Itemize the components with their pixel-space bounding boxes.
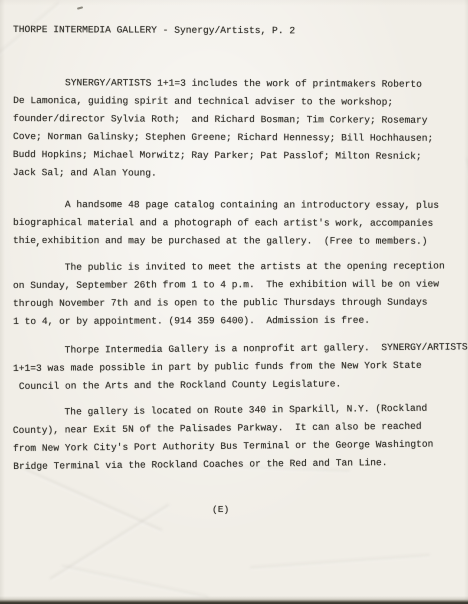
scanner-bed-edge xyxy=(0,596,468,604)
paper-crease xyxy=(250,554,430,571)
end-of-release-mark: (E) xyxy=(212,501,229,519)
paragraph-catalog: A handsome 48 page catalog containing an… xyxy=(13,196,439,251)
page-header: THORPE INTERMEDIA GALLERY - Synergy/Arti… xyxy=(13,21,295,40)
paper-crease xyxy=(464,158,468,247)
paper-crease xyxy=(61,564,209,599)
paper-crease xyxy=(49,503,170,581)
paragraph-directions: The gallery is located on Route 340 in S… xyxy=(13,400,434,476)
paragraph-funding: Thorpe Intermedia Gallery is a nonprofit… xyxy=(13,338,468,396)
paragraph-reception-info: The public is invited to meet the artist… xyxy=(13,257,445,331)
stray-ink-mark: ' xyxy=(32,243,40,256)
stray-ink-dash xyxy=(77,6,83,9)
paragraph-artists-list: SYNERGY/ARTISTS 1+1=3 includes the work … xyxy=(13,74,434,184)
scanned-press-release-page: THORPE INTERMEDIA GALLERY - Synergy/Arti… xyxy=(0,0,468,604)
paper-crease xyxy=(23,468,162,534)
